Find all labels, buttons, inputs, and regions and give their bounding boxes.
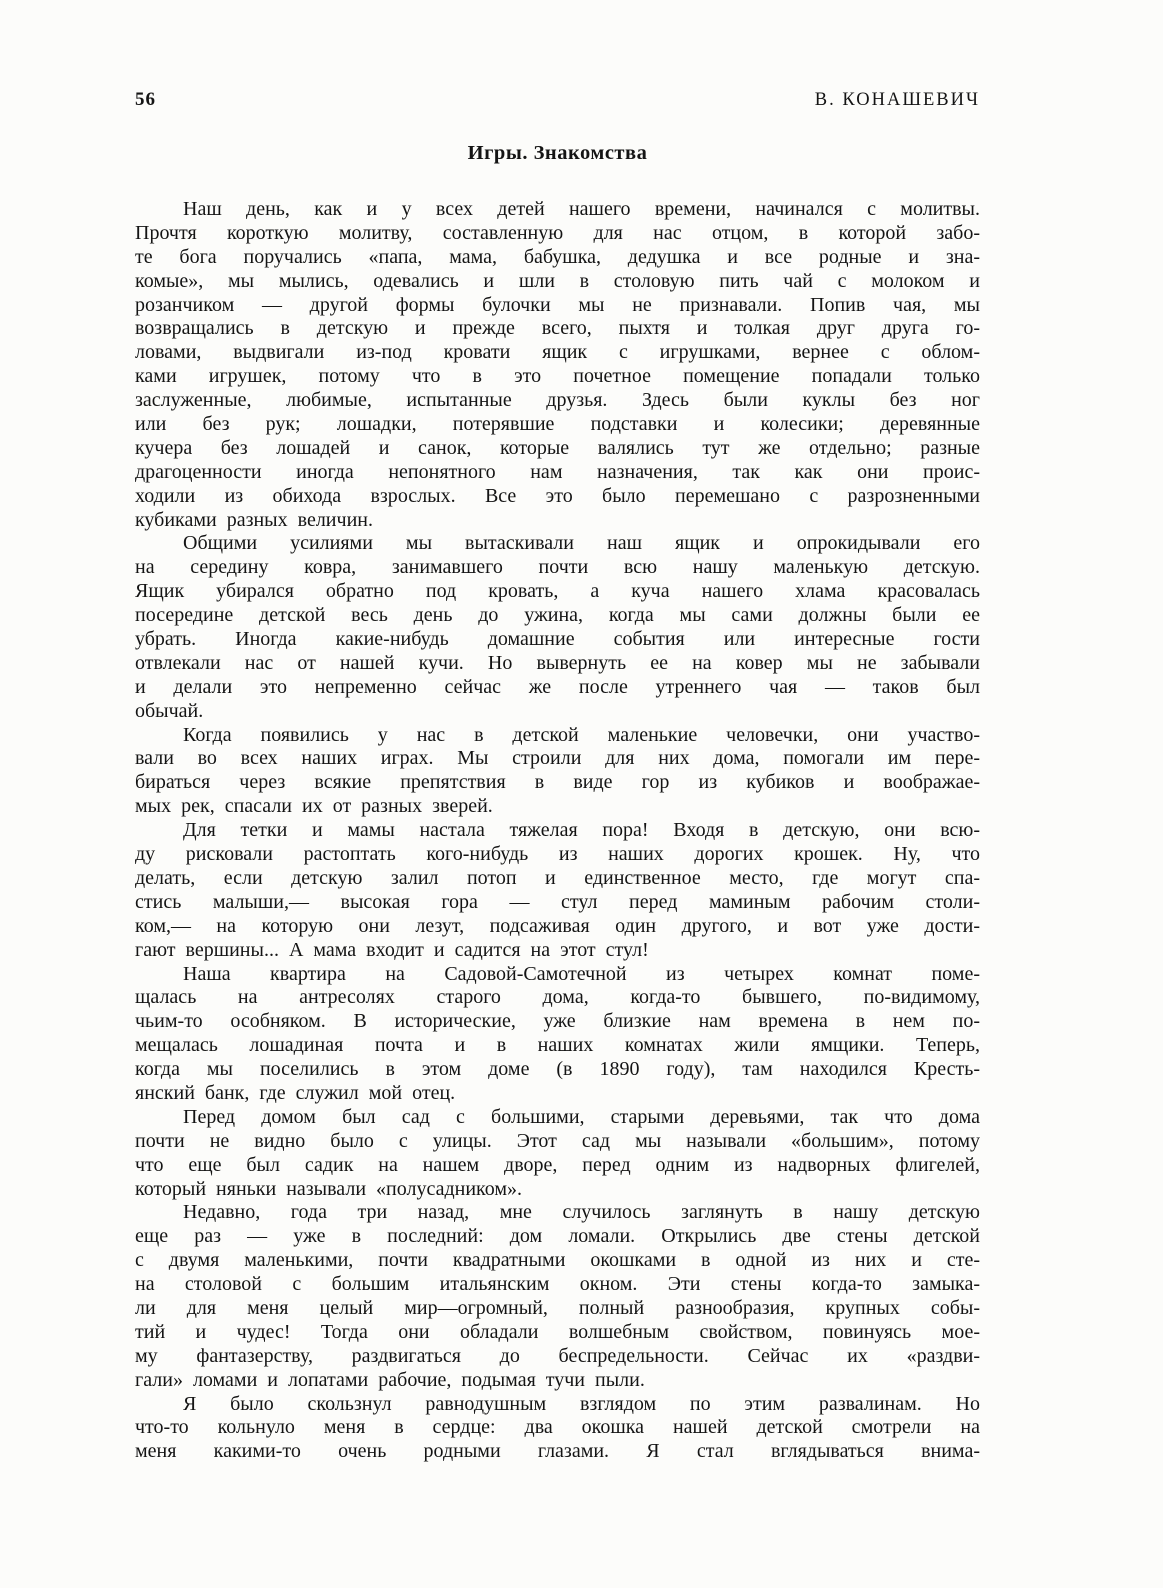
paragraph: Я было скользнул равнодушным взглядом по… <box>135 1393 980 1465</box>
text-line: вали во всех наших играх. Мы строили для… <box>135 747 980 771</box>
text-line: когда мы поселились в этом доме (в 1890 … <box>135 1058 980 1082</box>
text-line: Для тетки и мамы настала тяжелая пора! В… <box>135 819 980 843</box>
text-line: почти не видно было с улицы. Этот сад мы… <box>135 1130 980 1154</box>
text-line: Недавно, года три назад, мне случилось з… <box>135 1201 980 1225</box>
section-title: Игры. Знакомства <box>135 142 980 165</box>
text-line: заслуженные, любимые, испытанные друзья.… <box>135 389 980 413</box>
text-line: Когда появились у нас в детской маленьки… <box>135 724 980 748</box>
text-line: который няньки называли «полусадником». <box>135 1178 980 1202</box>
text-line: с двумя маленькими, почти квадратными ок… <box>135 1249 980 1273</box>
text-line: что еще был садик на нашем дворе, перед … <box>135 1154 980 1178</box>
text-line: убрать. Иногда какие-нибудь домашние соб… <box>135 628 980 652</box>
text-line: ком,— на которую они лезут, подсаживая о… <box>135 915 980 939</box>
text-line: тий и чудес! Тогда они обладали волшебны… <box>135 1321 980 1345</box>
text-line: Перед домом был сад с большими, старыми … <box>135 1106 980 1130</box>
text-line: розанчиком — другой формы булочки мы не … <box>135 294 980 318</box>
text-line: ли для меня целый мир—огромный, полный р… <box>135 1297 980 1321</box>
text-line: му фантазерству, раздвигаться до беспред… <box>135 1345 980 1369</box>
text-line: ходили из обихода взрослых. Все это было… <box>135 485 980 509</box>
text-line: драгоценности иногда непонятного нам наз… <box>135 461 980 485</box>
text-line: гают вершины... А мама входит и садится … <box>135 939 980 963</box>
text-line: и делали это непременно сейчас же после … <box>135 676 980 700</box>
text-line: что-то кольнуло меня в сердце: два окошк… <box>135 1416 980 1440</box>
text-line: или без рук; лошадки, потерявшие подстав… <box>135 413 980 437</box>
text-line: чьим-то особняком. В исторические, уже б… <box>135 1010 980 1034</box>
text-line: гали» ломами и лопатами рабочие, подымая… <box>135 1369 980 1393</box>
text-line: ловами, выдвигали из-под кровати ящик с … <box>135 341 980 365</box>
text-line: возвращались в детскую и прежде всего, п… <box>135 317 980 341</box>
text-line: мещалась лошадиная почта и в наших комна… <box>135 1034 980 1058</box>
text-line: бираться через всякие препятствия в виде… <box>135 771 980 795</box>
text-line: меня какими-то очень родными глазами. Я … <box>135 1440 980 1464</box>
paragraph: Когда появились у нас в детской маленьки… <box>135 724 980 820</box>
paragraph: Наша квартира на Садовой-Самотечной из ч… <box>135 963 980 1106</box>
text-line: еще раз — уже в последний: дом ломали. О… <box>135 1225 980 1249</box>
paragraph: Общими усилиями мы вытаскивали наш ящик … <box>135 532 980 723</box>
page-content: 56 В. КОНАШЕВИЧ Игры. Знакомства Наш ден… <box>135 88 980 1464</box>
text-line: ду рисковали растоптать кого-нибудь из н… <box>135 843 980 867</box>
text-line: янский банк, где служил мой отец. <box>135 1082 980 1106</box>
running-head: 56 В. КОНАШЕВИЧ <box>135 88 980 112</box>
text-line: стись малыши,— высокая гора — стул перед… <box>135 891 980 915</box>
text-line: Ящик убирался обратно под кровать, а куч… <box>135 580 980 604</box>
text-line: Общими усилиями мы вытаскивали наш ящик … <box>135 532 980 556</box>
text-line: Наша квартира на Садовой-Самотечной из ч… <box>135 963 980 987</box>
text-line: Наш день, как и у всех детей нашего врем… <box>135 198 980 222</box>
text-line: на столовой с большим итальянским окном.… <box>135 1273 980 1297</box>
text-line: отвлекали нас от нашей кучи. Но вывернут… <box>135 652 980 676</box>
text-line: кучера без лошадей и санок, которые валя… <box>135 437 980 461</box>
text-line: делать, если детскую залил потоп и единс… <box>135 867 980 891</box>
text-body: Наш день, как и у всех детей нашего врем… <box>135 198 980 1464</box>
paragraph: Недавно, года три назад, мне случилось з… <box>135 1201 980 1392</box>
paragraph: Для тетки и мамы настала тяжелая пора! В… <box>135 819 980 962</box>
paragraph: Наш день, как и у всех детей нашего врем… <box>135 198 980 532</box>
running-head-author: В. КОНАШЕВИЧ <box>815 88 980 112</box>
text-line: щалась на антресолях старого дома, когда… <box>135 986 980 1010</box>
paragraph: Перед домом был сад с большими, старыми … <box>135 1106 980 1202</box>
text-line: те бога поручались «папа, мама, бабушка,… <box>135 246 980 270</box>
text-line: ками игрушек, потому что в это почетное … <box>135 365 980 389</box>
text-line: обычай. <box>135 700 980 724</box>
text-line: на середину ковра, занимавшего почти всю… <box>135 556 980 580</box>
text-line: кубиками разных величин. <box>135 509 980 533</box>
text-line: Я было скользнул равнодушным взглядом по… <box>135 1393 980 1417</box>
text-line: мых рек, спасали их от разных зверей. <box>135 795 980 819</box>
text-line: Прочтя короткую молитву, составленную дл… <box>135 222 980 246</box>
page-number: 56 <box>135 88 156 112</box>
text-line: посередине детской весь день до ужина, к… <box>135 604 980 628</box>
text-line: комые», мы мылись, одевались и шли в сто… <box>135 270 980 294</box>
scanned-book-page: 56 В. КОНАШЕВИЧ Игры. Знакомства Наш ден… <box>0 0 1163 1588</box>
